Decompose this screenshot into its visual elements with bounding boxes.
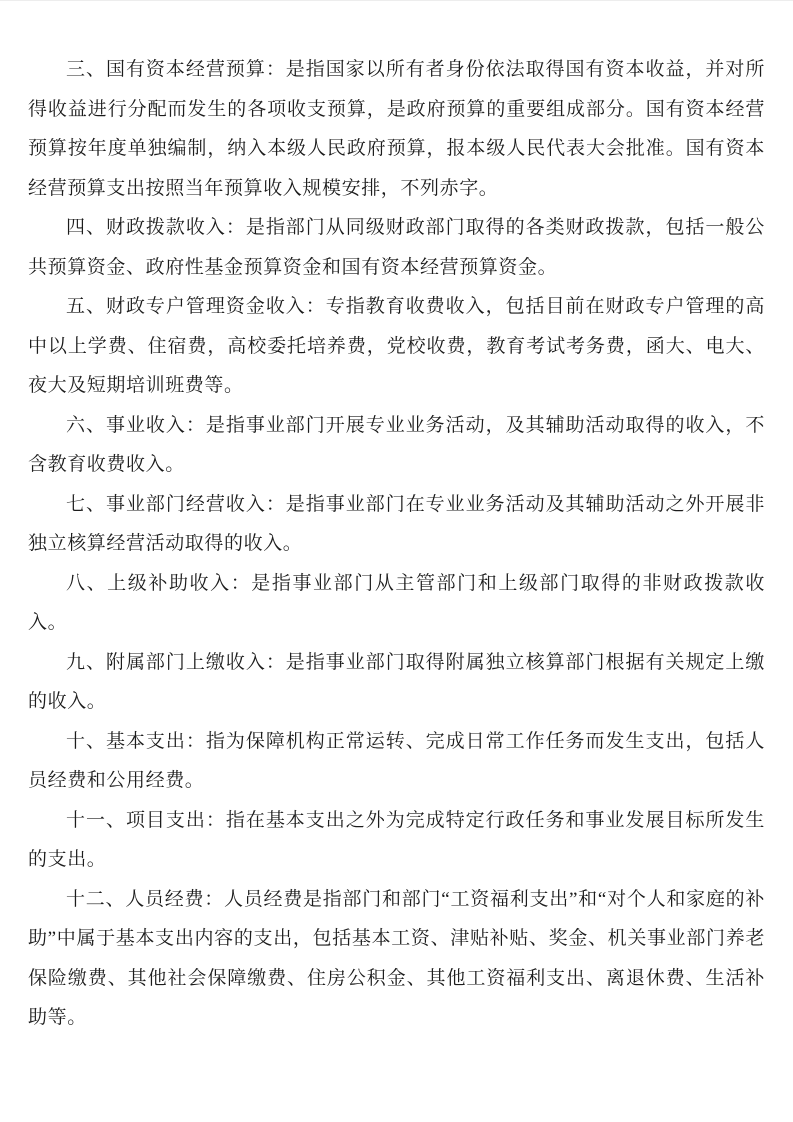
para-basic-expenditure: 十、基本支出：指为保障机构正常运转、完成日常工作任务而发生支出，包括人员经费和公… [28, 722, 765, 801]
para-superior-subsidy-income: 八、上级补助收入：是指事业部门从主管部门和上级部门取得的非财政拨款收入。 [28, 564, 765, 643]
para-affiliated-remittance-income: 九、附属部门上缴收入：是指事业部门取得附属独立核算部门根据有关规定上缴的收入。 [28, 643, 765, 722]
para-fiscal-appropriation-income: 四、财政拨款收入：是指部门从同级财政部门取得的各类财政拨款，包括一般公共预算资金… [28, 208, 765, 287]
para-state-capital-operation-budget: 三、国有资本经营预算：是指国家以所有者身份依法取得国有资本收益，并对所得收益进行… [28, 50, 765, 208]
para-project-expenditure: 十一、项目支出：指在基本支出之外为完成特定行政任务和事业发展目标所发生的支出。 [28, 801, 765, 880]
para-personnel-expenses: 十二、人员经费：人员经费是指部门和部门“工资福利支出”和“对个人和家庭的补助”中… [28, 880, 765, 1038]
para-fiscal-special-account-income: 五、财政专户管理资金收入：专指教育收费收入，包括目前在财政专户管理的高中以上学费… [28, 287, 765, 406]
document-page: 三、国有资本经营预算：是指国家以所有者身份依法取得国有资本收益，并对所得收益进行… [0, 0, 793, 1122]
para-operating-income: 七、事业部门经营收入：是指事业部门在专业业务活动及其辅助活动之外开展非独立核算经… [28, 485, 765, 564]
para-public-institution-income: 六、事业收入：是指事业部门开展专业业务活动，及其辅助活动取得的收入，不含教育收费… [28, 406, 765, 485]
